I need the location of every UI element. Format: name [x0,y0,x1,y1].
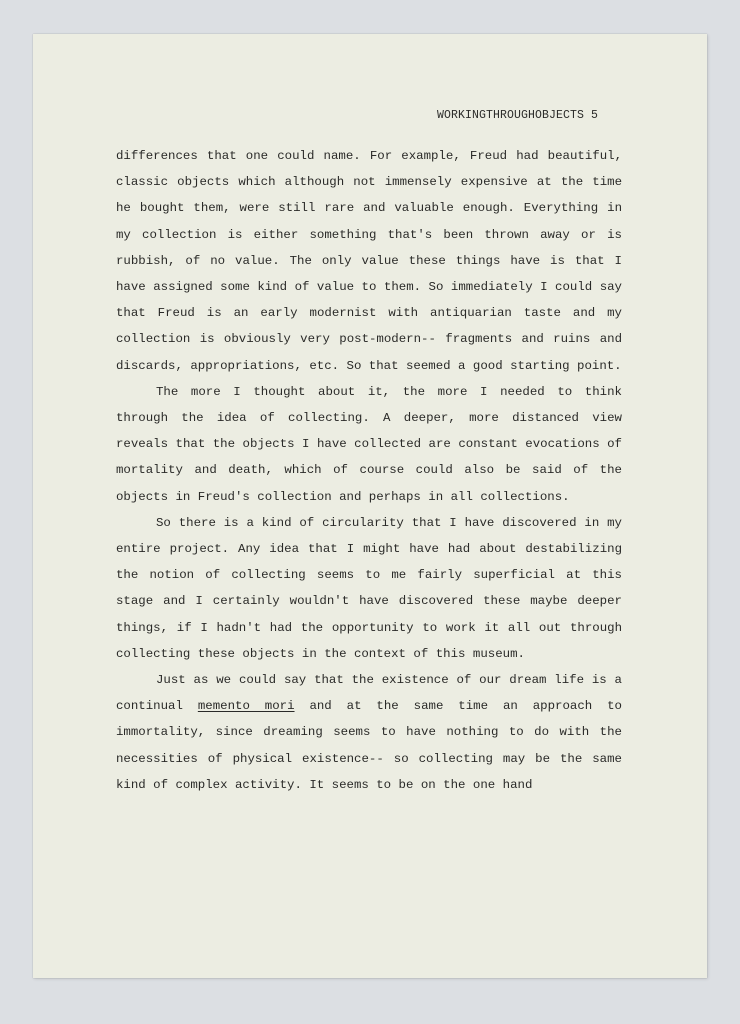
paragraph-1: differences that one could name. For exa… [116,143,622,379]
document-body: differences that one could name. For exa… [116,143,622,798]
paragraph-4: Just as we could say that the existence … [116,667,622,798]
paragraph-2: The more I thought about it, the more I … [116,379,622,510]
underlined-phrase: memento mori [198,699,295,713]
running-head: WORKINGTHROUGHOBJECTS 5 [437,109,598,122]
paragraph-3: So there is a kind of circularity that I… [116,510,622,667]
